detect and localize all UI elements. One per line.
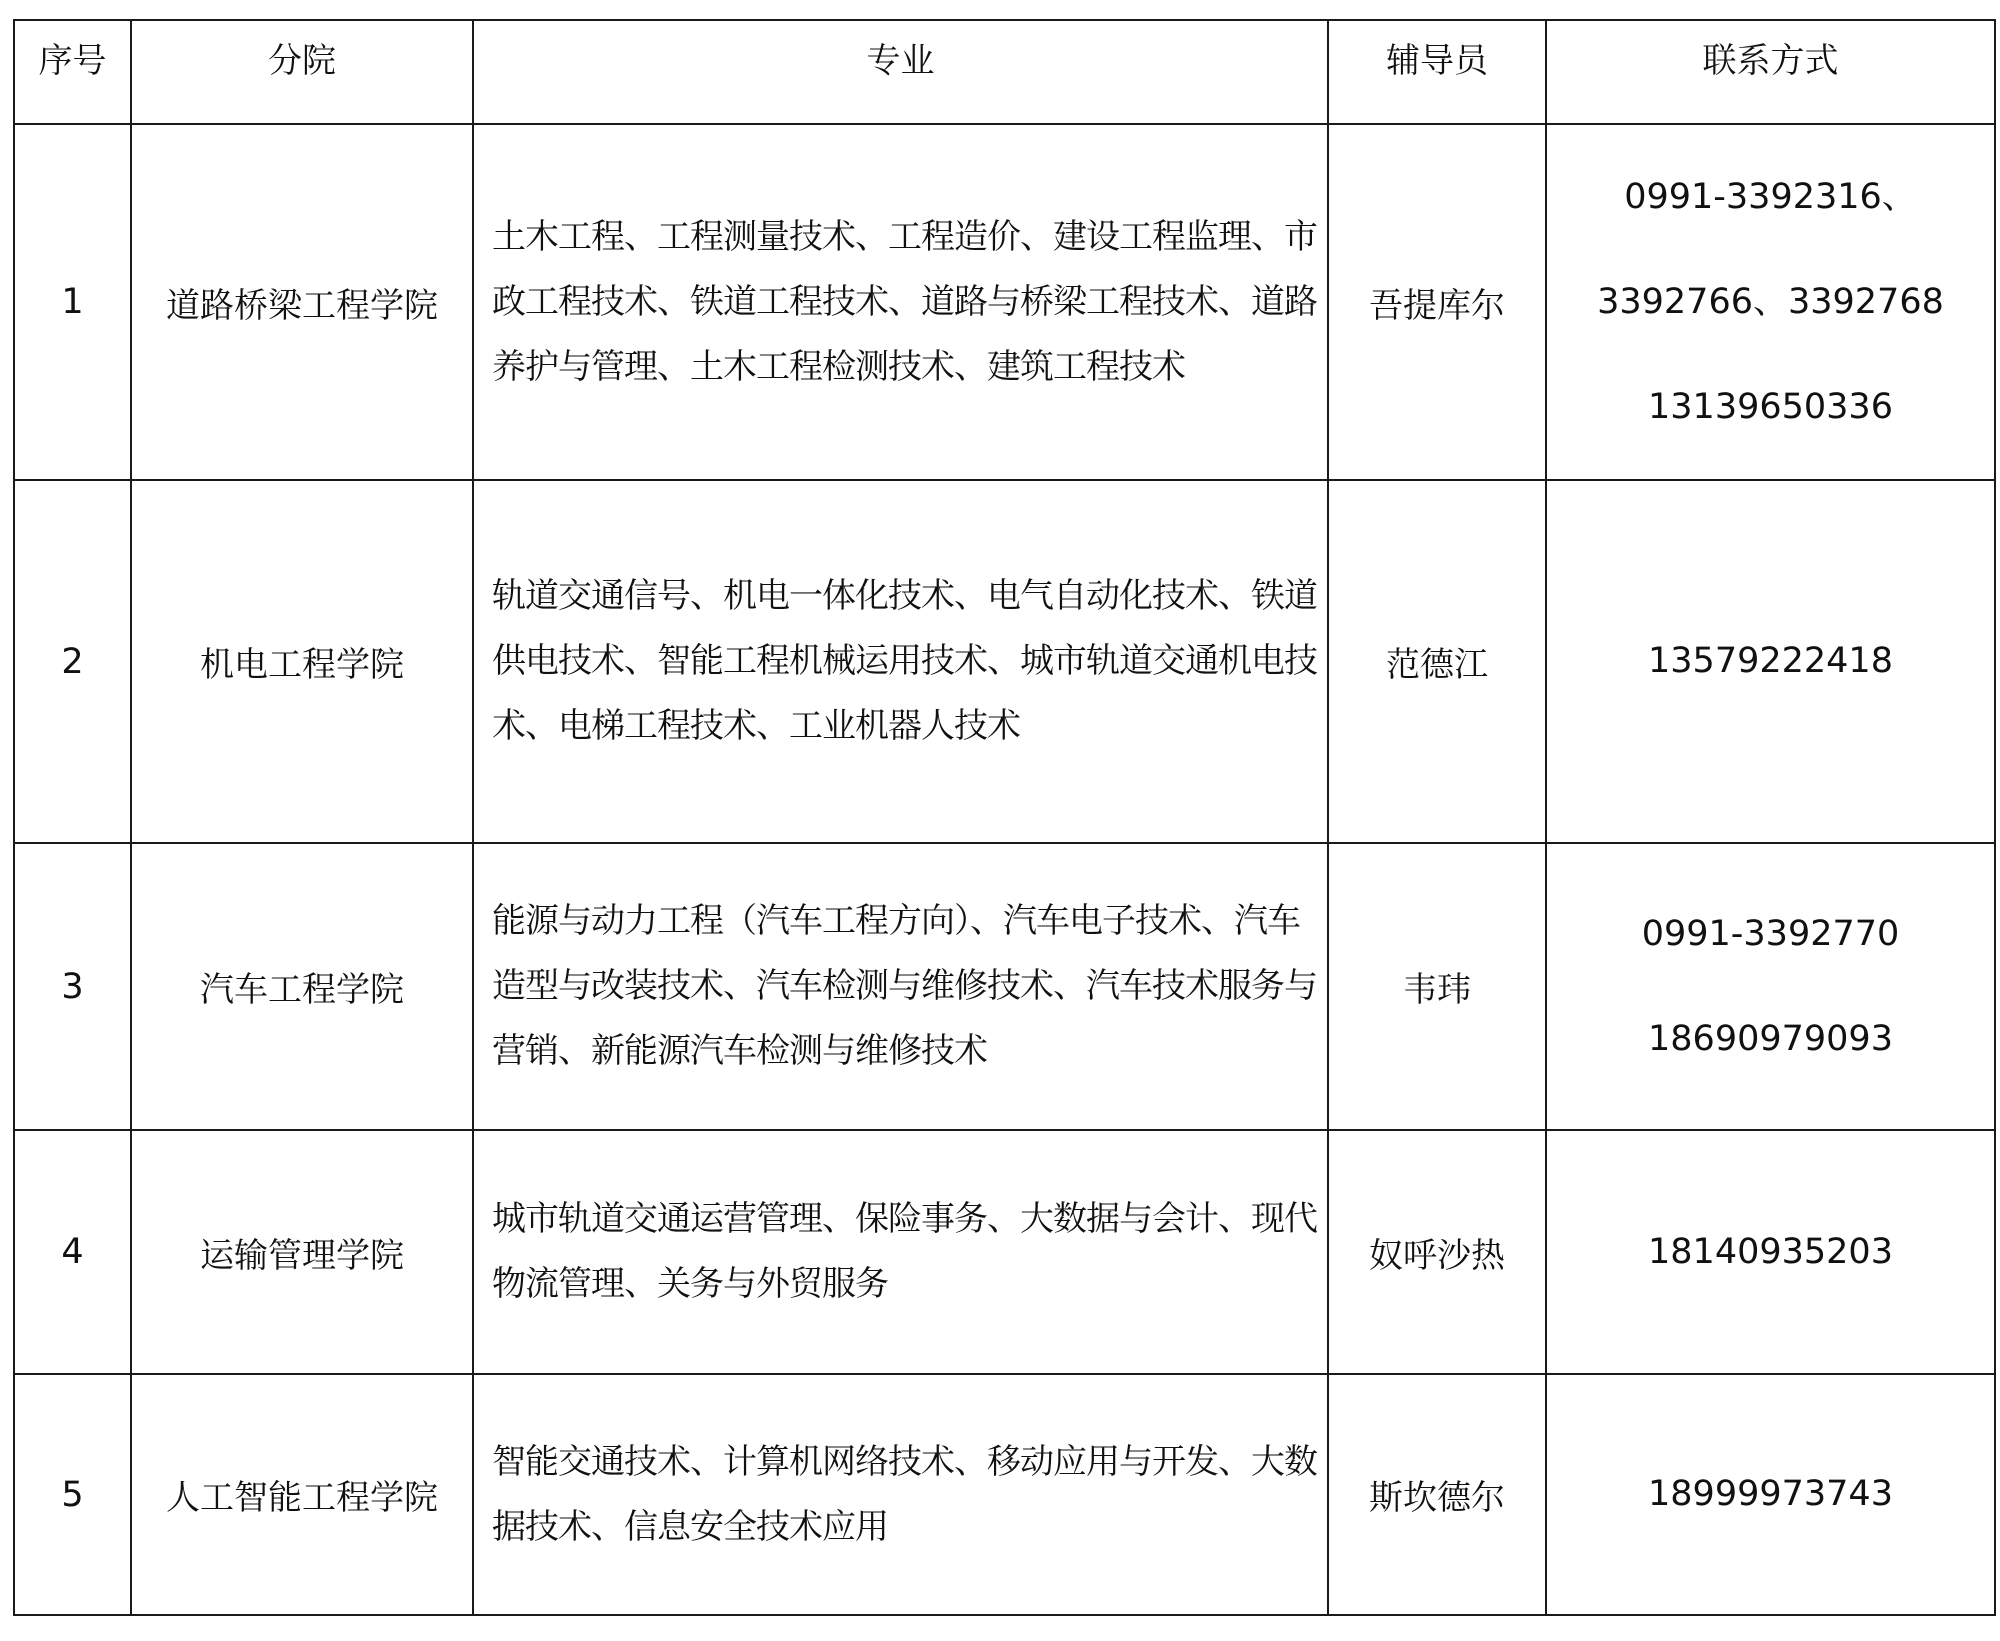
phone-number: 3392766、3392768 [1547,250,1994,355]
row-index: 3 [14,843,131,1130]
majors-list: 城市轨道交通运营管理、保险事务、大数据与会计、现代物流管理、关务与外贸服务 [473,1130,1328,1374]
phone-number: 18140935203 [1547,1200,1994,1305]
table-row: 1 道路桥梁工程学院 土木工程、工程测量技术、工程造价、建设工程监理、市政工程技… [14,124,1995,480]
row-index: 5 [14,1374,131,1615]
counselor-name: 斯坎德尔 [1328,1374,1546,1615]
majors-list: 能源与动力工程（汽车工程方向）、汽车电子技术、汽车造型与改装技术、汽车检测与维修… [473,843,1328,1130]
header-index: 序号 [14,20,131,124]
phone-number: 0991-3392770 [1547,882,1994,987]
majors-list: 土木工程、工程测量技术、工程造价、建设工程监理、市政工程技术、铁道工程技术、道路… [473,124,1328,480]
table-row: 2 机电工程学院 轨道交通信号、机电一体化技术、电气自动化技术、铁道供电技术、智… [14,480,1995,843]
college-name: 汽车工程学院 [131,843,473,1130]
counselor-name: 奴呼沙热 [1328,1130,1546,1374]
phone-number: 0991-3392316、 [1547,145,1994,250]
header-college: 分院 [131,20,473,124]
contact-info: 18140935203 [1546,1130,1995,1374]
phone-number: 18999973743 [1547,1442,1994,1547]
table-row: 3 汽车工程学院 能源与动力工程（汽车工程方向）、汽车电子技术、汽车造型与改装技… [14,843,1995,1130]
phone-number: 18690979093 [1547,987,1994,1092]
counselor-contact-table: 序号 分院 专业 辅导员 联系方式 1 道路桥梁工程学院 土木工程、工程测量技术… [13,19,1996,1616]
row-index: 1 [14,124,131,480]
counselor-name: 韦玮 [1328,843,1546,1130]
counselor-name: 范德江 [1328,480,1546,843]
college-name: 机电工程学院 [131,480,473,843]
header-counselor: 辅导员 [1328,20,1546,124]
header-majors: 专业 [473,20,1328,124]
contact-info: 0991-3392316、 3392766、3392768 1313965033… [1546,124,1995,480]
contact-info: 0991-3392770 18690979093 [1546,843,1995,1130]
row-index: 2 [14,480,131,843]
table-header-row: 序号 分院 专业 辅导员 联系方式 [14,20,1995,124]
college-name: 人工智能工程学院 [131,1374,473,1615]
header-contact: 联系方式 [1546,20,1995,124]
phone-number: 13579222418 [1547,609,1994,714]
majors-list: 智能交通技术、计算机网络技术、移动应用与开发、大数据技术、信息安全技术应用 [473,1374,1328,1615]
majors-list: 轨道交通信号、机电一体化技术、电气自动化技术、铁道供电技术、智能工程机械运用技术… [473,480,1328,843]
row-index: 4 [14,1130,131,1374]
counselor-name: 吾提库尔 [1328,124,1546,480]
college-name: 运输管理学院 [131,1130,473,1374]
phone-number: 13139650336 [1547,355,1994,460]
contact-info: 13579222418 [1546,480,1995,843]
table-row: 5 人工智能工程学院 智能交通技术、计算机网络技术、移动应用与开发、大数据技术、… [14,1374,1995,1615]
table-row: 4 运输管理学院 城市轨道交通运营管理、保险事务、大数据与会计、现代物流管理、关… [14,1130,1995,1374]
contact-info: 18999973743 [1546,1374,1995,1615]
college-name: 道路桥梁工程学院 [131,124,473,480]
